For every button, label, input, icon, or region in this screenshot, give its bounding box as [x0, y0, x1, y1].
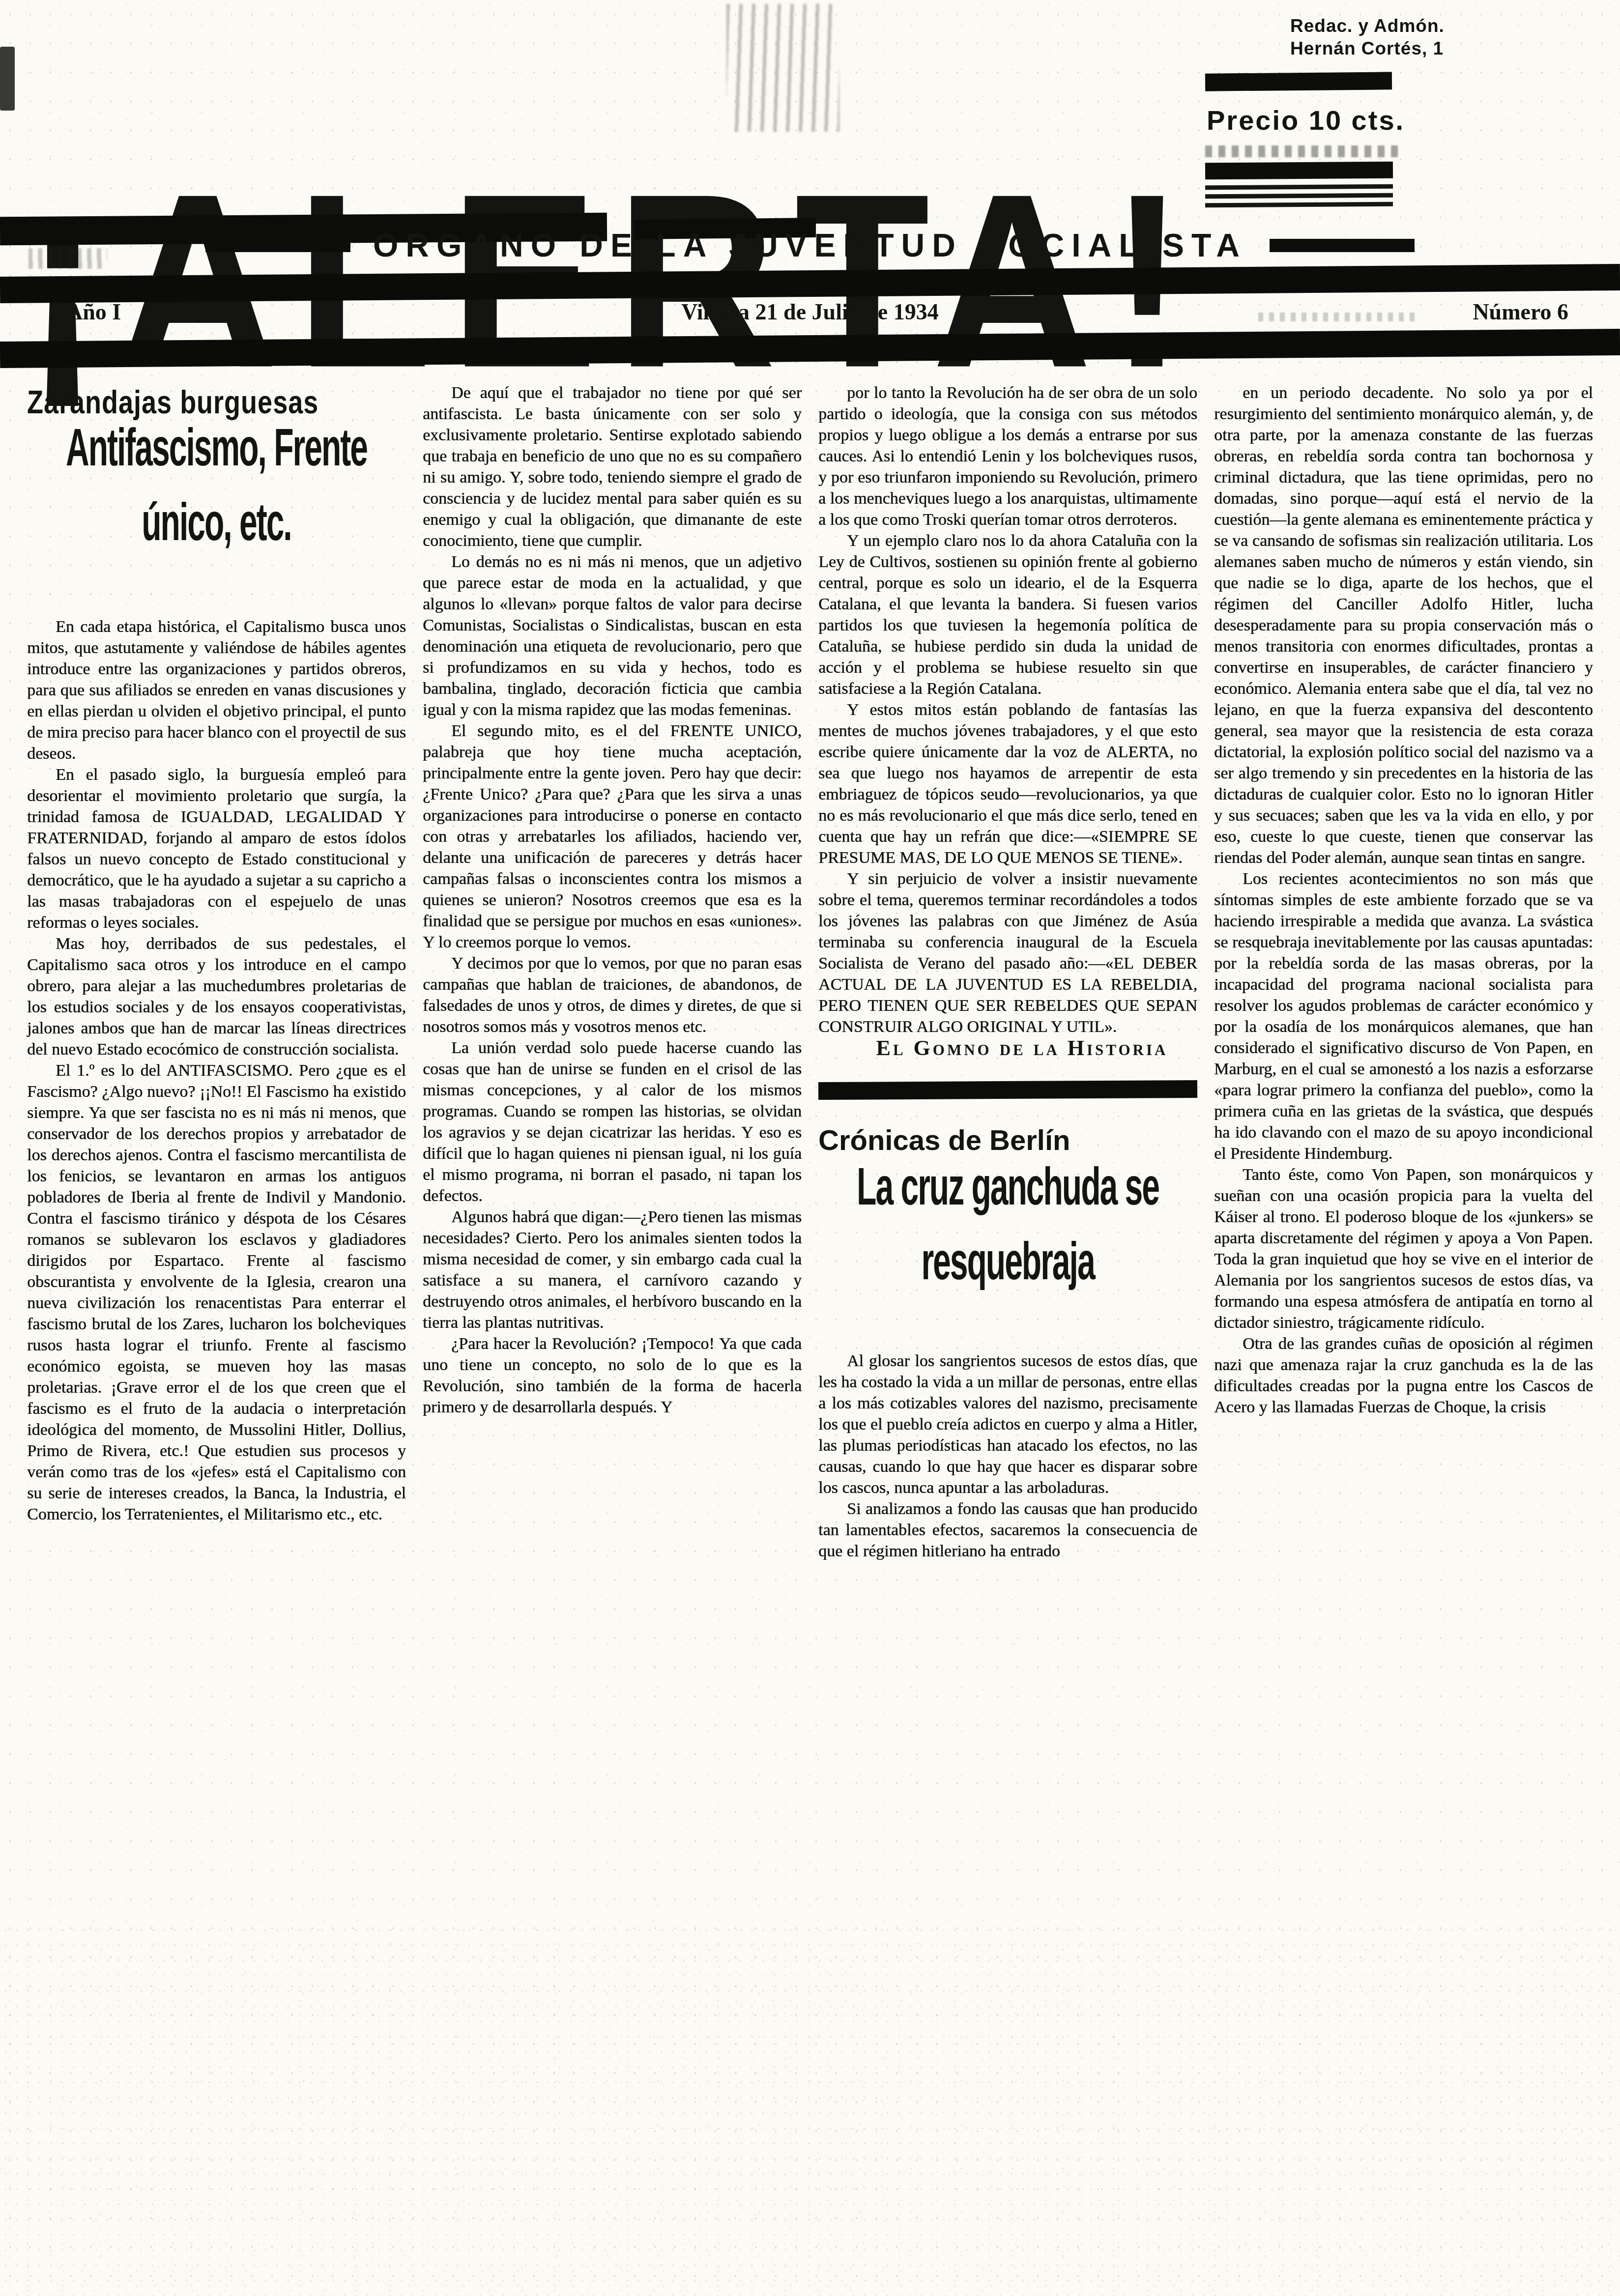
edition-date: Villena 21 de Julio de 1934	[0, 299, 1620, 325]
column-1: Zarandajas burguesas Antifascismo, Frent…	[27, 382, 406, 1562]
scan-artifact	[0, 47, 15, 111]
thin-rule	[1205, 202, 1393, 208]
thick-rule	[1205, 162, 1393, 180]
main-headline: Antifascismo, Frente único, etc.	[27, 430, 406, 580]
paragraph: Y estos mitos están poblando de fantasía…	[818, 699, 1197, 868]
article-kicker-text: Zarandajas burguesas	[27, 382, 318, 422]
berlin-section-kicker: Crónicas de Berlín	[818, 1124, 1197, 1157]
subtitle-row: ORGANO DE LA JUVENTUD SOCIALISTA	[0, 227, 1620, 263]
thin-rule	[1205, 184, 1393, 190]
newspaper-page: ¡ALERTA! Redac. y Admón. Hernán Cortés, …	[0, 0, 1620, 2296]
redaction-line: Redac. y Admón.	[1290, 15, 1565, 37]
paragraph: En el pasado siglo, la burguesía empleó …	[27, 764, 406, 933]
paragraph: Y decimos por que lo vemos, por que no p…	[423, 953, 802, 1037]
address-line: Hernán Cortés, 1	[1290, 37, 1565, 60]
section-divider-bar	[818, 1080, 1197, 1100]
column-4: en un periodo decadente. No solo ya por …	[1214, 382, 1593, 1562]
paragraph: El segundo mito, es el del FRENTE UNICO,…	[423, 720, 802, 953]
headline-line-text: Antifascismo, Frente	[66, 430, 367, 465]
subtitle-left-rule	[205, 239, 350, 252]
paragraph: Si analizamos a fondo las causas que han…	[818, 1498, 1197, 1562]
column-3: por lo tanto la Revolución ha de ser obr…	[818, 382, 1197, 1562]
subtitle-right-rule	[1270, 239, 1415, 252]
scan-noise-overlay	[0, 1923, 1620, 2296]
paragraph: Y un ejemplo claro nos lo da ahora Catal…	[818, 530, 1197, 699]
newspaper-subtitle: ORGANO DE LA JUVENTUD SOCIALISTA	[373, 227, 1247, 264]
dateline: Año I Villena 21 de Julio de 1934 Número…	[0, 299, 1620, 328]
paragraph: Y sin perjuicio de volver a insistir nue…	[818, 868, 1197, 1037]
article-columns: Zarandajas burguesas Antifascismo, Frent…	[27, 382, 1593, 1562]
article-kicker: Zarandajas burguesas	[27, 382, 406, 414]
paragraph: por lo tanto la Revolución ha de ser obr…	[818, 382, 1197, 530]
paragraph: Lo demás no es ni más ni menos, que un a…	[423, 551, 802, 720]
paragraph: Mas hoy, derribados de sus pedestales, e…	[27, 933, 406, 1060]
article-signature: El Gomno de la Historia	[818, 1037, 1197, 1059]
headline-line: único, etc.	[27, 505, 406, 580]
address-separator-bar	[1205, 72, 1392, 91]
paragraph: Al glosar los sangrientos sucesos de est…	[818, 1350, 1197, 1498]
berlin-headline: La cruz ganchuda se resquebraja	[818, 1170, 1197, 1319]
edition-number: Número 6	[1473, 299, 1568, 325]
headline-line: resquebraja	[818, 1244, 1197, 1319]
paragraph: en un periodo decadente. No solo ya por …	[1214, 382, 1593, 868]
scan-artifact	[726, 4, 839, 132]
paragraph: Algunos habrá que digan:—¿Pero tienen la…	[423, 1206, 802, 1333]
thin-rule	[1205, 193, 1393, 199]
paragraph: Los recientes acontecimientos no son más…	[1214, 868, 1593, 1164]
paragraph: Otra de las grandes cuñas de oposición a…	[1214, 1333, 1593, 1418]
paragraph: El 1.º es lo del ANTIFASCISMO. Pero ¿que…	[27, 1060, 406, 1525]
column-2: De aquí que el trabajador no tiene por q…	[423, 382, 802, 1562]
headline-line-text: único, etc.	[142, 505, 291, 540]
paragraph: La unión verdad solo puede hacerse cuand…	[423, 1037, 802, 1206]
price-rule-block	[1205, 162, 1393, 211]
masthead-address-block: Redac. y Admón. Hernán Cortés, 1	[1290, 15, 1565, 60]
headline-line-text: La cruz ganchuda se	[857, 1170, 1159, 1204]
paragraph: En cada etapa histórica, el Capitalismo …	[27, 616, 406, 764]
paragraph: De aquí que el trabajador no tiene por q…	[423, 382, 802, 551]
scan-artifact	[1205, 145, 1402, 157]
headline-line-text: resquebraja	[921, 1244, 1094, 1279]
price-label: Precio 10 cts.	[1207, 104, 1482, 136]
paragraph: Tanto éste, como Von Papen, son monárqui…	[1214, 1164, 1593, 1333]
paragraph: ¿Para hacer la Revolución? ¡Tempoco! Ya …	[423, 1333, 802, 1418]
